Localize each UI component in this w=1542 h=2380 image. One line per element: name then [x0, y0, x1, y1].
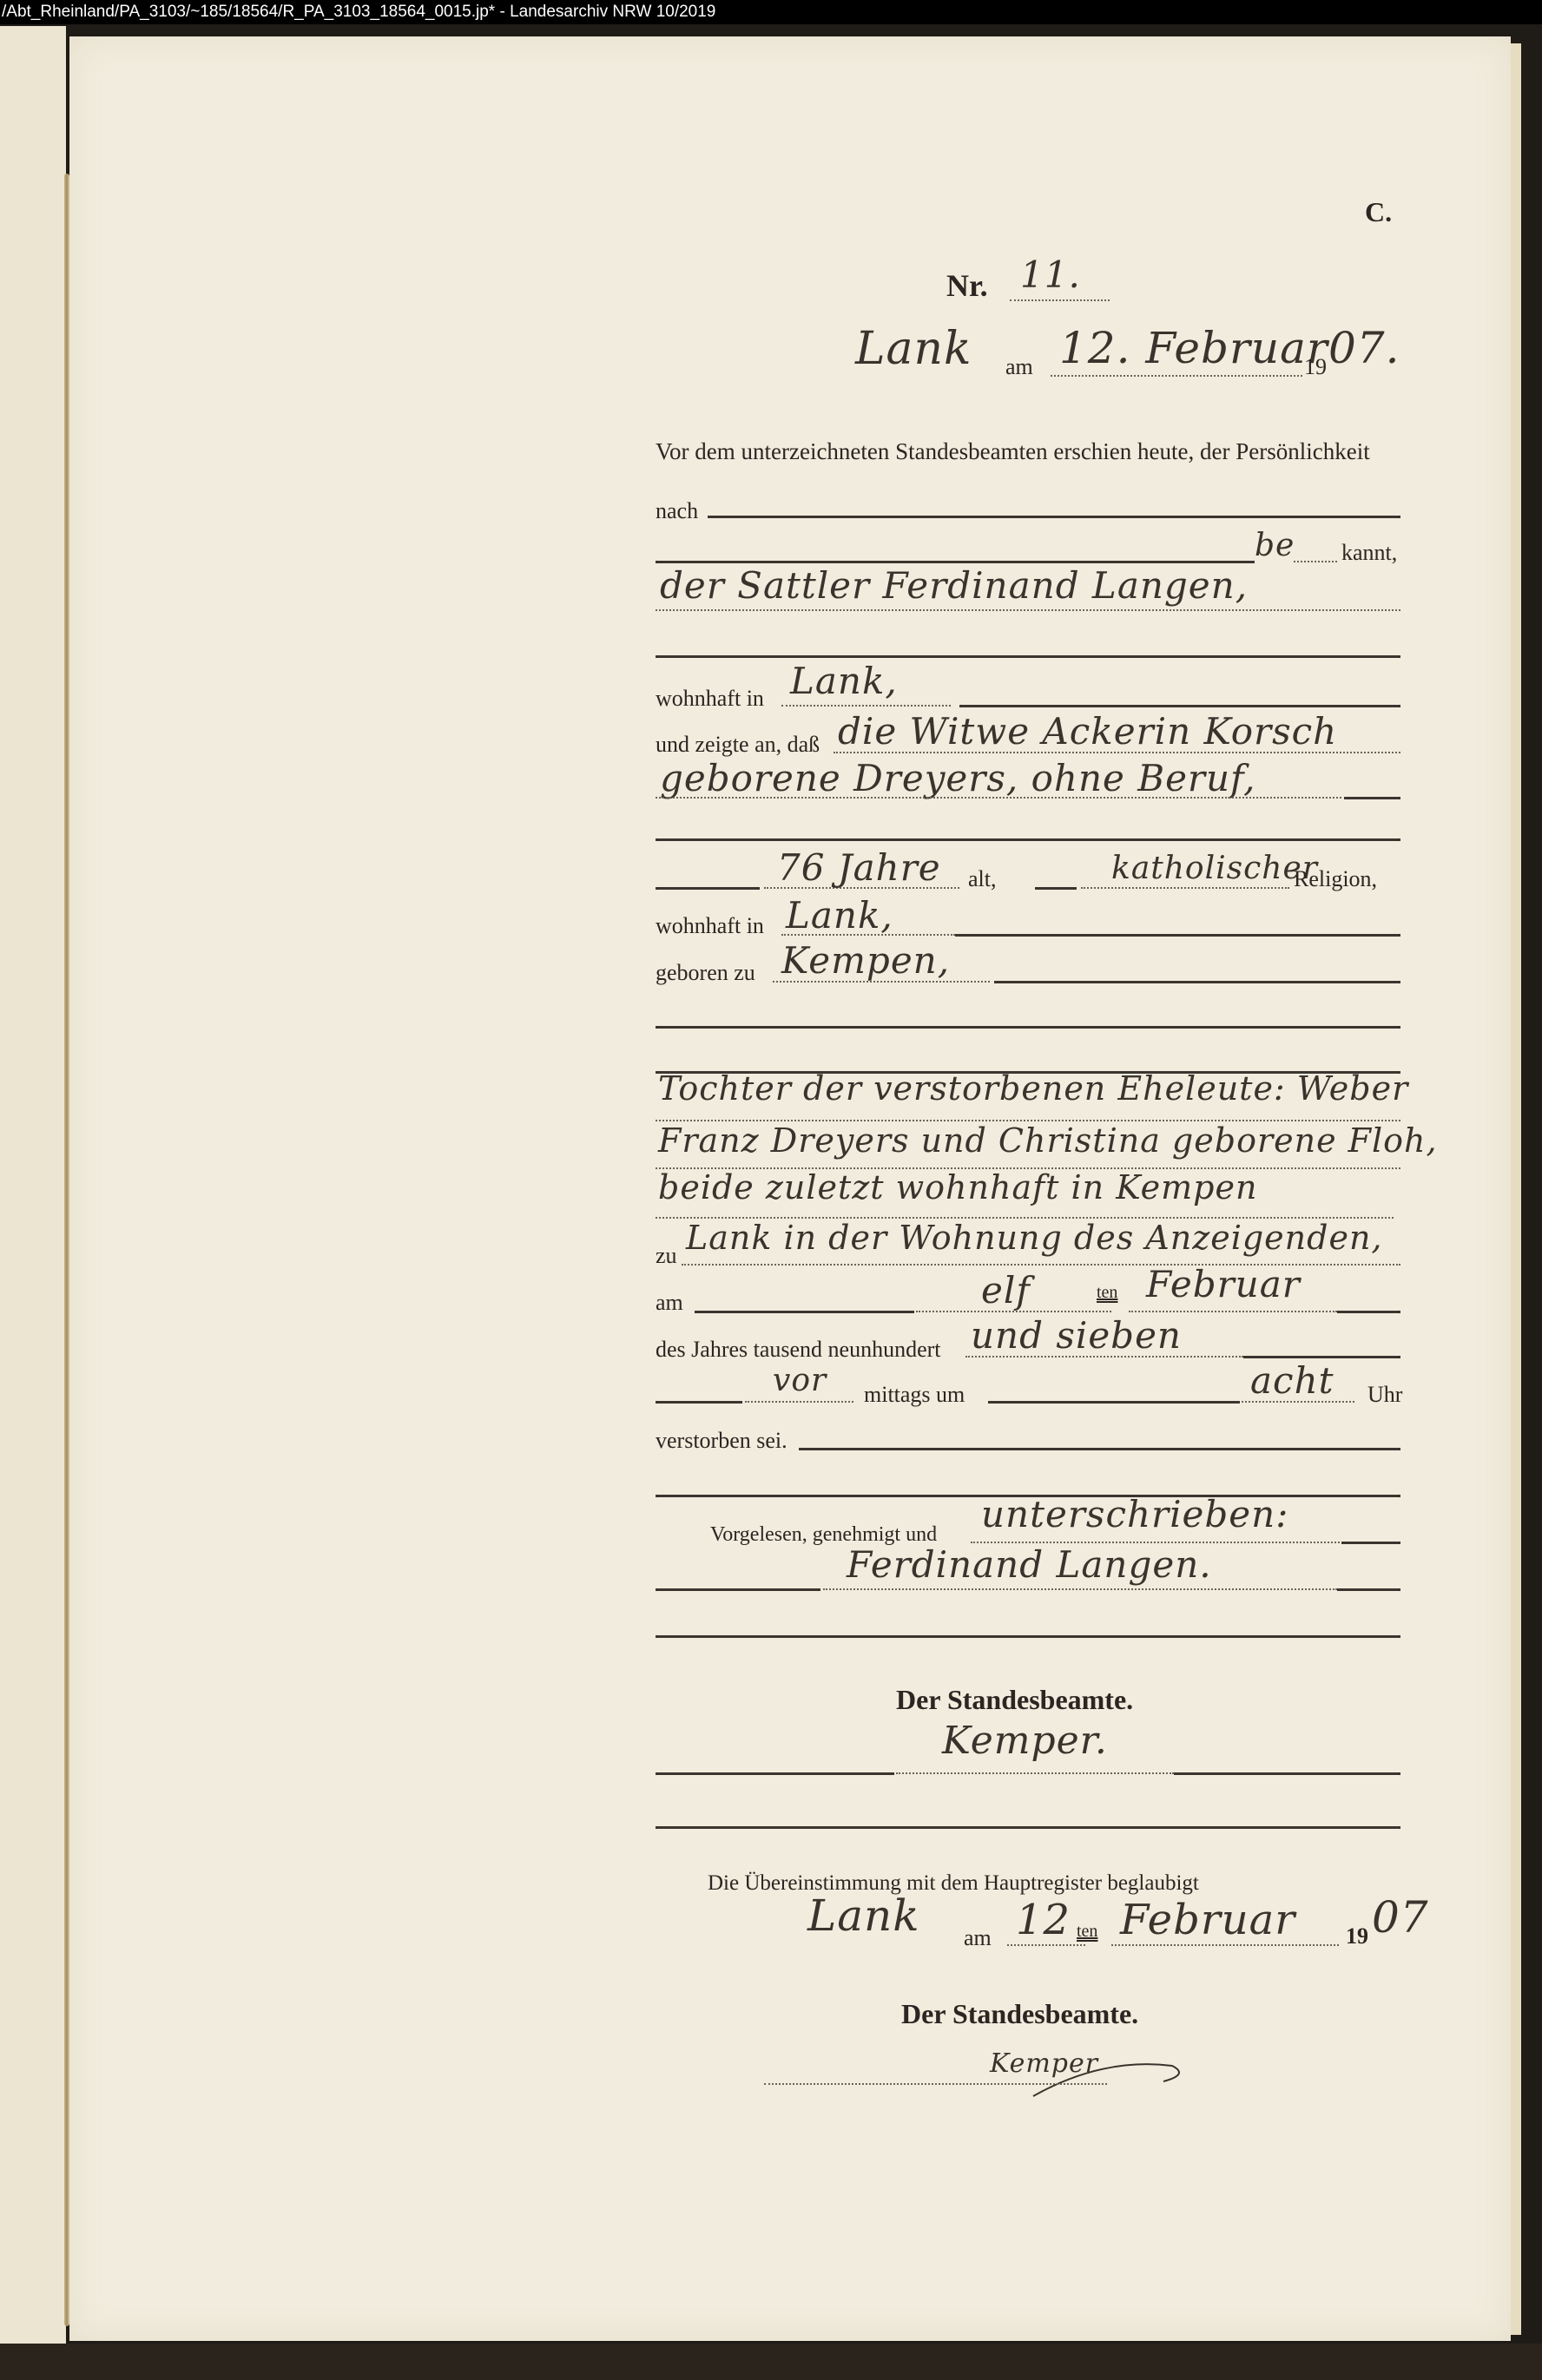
left-page-edge [0, 26, 66, 2352]
entry-date: 12. Februar [1059, 323, 1328, 373]
birthplace-line [994, 981, 1400, 983]
certification-official-title: Der Standesbeamte. [901, 1998, 1138, 2030]
entry-year: 07. [1328, 323, 1400, 373]
official-signature: Kemper. [942, 1719, 1108, 1763]
death-year-line-end [1243, 1356, 1400, 1358]
form-letter: C. [1365, 196, 1392, 228]
informant-residence-line [959, 705, 1400, 707]
deceased-age: 76 Jahre [777, 846, 941, 889]
right-page-edge [1511, 43, 1521, 2335]
number-label: Nr. [946, 267, 988, 304]
ten-label: ten [1097, 1283, 1117, 1303]
zeigte-label: und zeigte an, daß [656, 732, 820, 758]
unterschrieben-value: unterschrieben: [981, 1493, 1288, 1535]
death-place: Lank in der Wohnung des Anzeigenden, [686, 1219, 1383, 1257]
mittags-label: mittags um [864, 1382, 965, 1408]
year-prefix: 19 [1304, 354, 1327, 380]
religion-dotline [1081, 887, 1289, 889]
informant-wohnhaft-label: wohnhaft in [656, 686, 764, 712]
informant-signature-line-start [656, 1588, 820, 1591]
informant-name: der Sattler Ferdinand Langen, [660, 564, 1248, 607]
number-dotline [1010, 299, 1110, 301]
religion-value: katholischer [1111, 851, 1318, 886]
official-dotline [896, 1772, 1174, 1774]
informant-residence-dotline [781, 705, 951, 707]
certification-signature-dotline [764, 2083, 1107, 2085]
kannt-label: kannt, [1341, 540, 1397, 566]
date-dotline [1051, 375, 1302, 377]
certification-place: Lank [807, 1890, 920, 1941]
death-month-line-end [1337, 1311, 1400, 1313]
certification-month: Februar [1120, 1896, 1295, 1944]
informant-signature-dotline [823, 1588, 1337, 1590]
uhr-label: Uhr [1367, 1382, 1402, 1408]
death-hour: acht [1250, 1359, 1334, 1402]
nach-line [708, 516, 1400, 518]
informant-dotline [656, 609, 1400, 611]
alt-label: alt, [968, 866, 997, 892]
vor-value: vor [773, 1363, 827, 1398]
certification-day-dotline [1007, 1944, 1085, 1946]
deceased-name: die Witwe Ackerin Korsch [838, 710, 1337, 753]
religion-label: Religion, [1294, 866, 1377, 892]
age-line-start [656, 887, 760, 890]
entry-number: 11. [1020, 253, 1081, 296]
informant-residence: Lank, [790, 660, 898, 702]
window-title-bar: /Abt_Rheinland/PA_3103/~185/18564/R_PA_3… [0, 0, 1542, 24]
blank-line-2 [656, 838, 1400, 841]
informant-signature: Ferdinand Langen. [847, 1543, 1212, 1586]
death-month-dotline [1129, 1311, 1337, 1312]
official-title: Der Standesbeamte. [896, 1684, 1133, 1716]
certification-text: Die Übereinstimmung mit dem Hauptregiste… [708, 1871, 1199, 1896]
death-month: Februar [1146, 1263, 1301, 1305]
verstorben-label: verstorben sei. [656, 1428, 787, 1454]
informant-signature-line-end [1337, 1588, 1400, 1591]
blank-line-6 [656, 1826, 1400, 1829]
deceased-wohnhaft-label: wohnhaft in [656, 913, 764, 939]
kannt-prefix: be [1255, 528, 1295, 563]
vorgelesen-line-end [1341, 1542, 1400, 1544]
kannt-dotline [1294, 561, 1337, 562]
nach-label: nach [656, 498, 698, 524]
jahres-label: des Jahres tausend neunhundert [656, 1337, 941, 1363]
am-label: am [1005, 354, 1033, 380]
verstorben-line [799, 1448, 1400, 1450]
official-line-end [1174, 1772, 1400, 1775]
death-day-line-start [695, 1311, 914, 1313]
parents-line-2: Franz Dreyers und Christina geborene Flo… [658, 1121, 1438, 1160]
parents-line-1: Tochter der verstorbenen Eheleute: Weber [658, 1069, 1408, 1108]
geboren-label: geboren zu [656, 960, 755, 986]
official-line-start [656, 1772, 894, 1775]
death-day: elf [981, 1269, 1031, 1312]
blank-line-1 [656, 655, 1400, 658]
hour-line-start [988, 1401, 1240, 1404]
vor-dotline [745, 1401, 853, 1403]
certification-month-dotline [1111, 1944, 1339, 1946]
religion-line-start [1035, 887, 1077, 890]
deceased-residence: Lank, [786, 894, 893, 937]
deceased-dotline-2 [656, 797, 1341, 799]
certification-year: 07 [1372, 1892, 1429, 1943]
deceased-residence-line [955, 934, 1400, 937]
certification-ten-label: ten [1077, 1922, 1097, 1942]
birthplace: Kempen, [781, 939, 950, 982]
death-year: und sieben [971, 1314, 1182, 1357]
parents-line-3: beide zuletzt wohnhaft in Kempen [658, 1168, 1257, 1206]
deceased-line-end [1344, 797, 1400, 799]
zu-label: zu [656, 1243, 677, 1269]
certification-year-prefix: 19 [1346, 1923, 1368, 1949]
blank-line-5 [656, 1635, 1400, 1638]
window-title: /Abt_Rheinland/PA_3103/~185/18564/R_PA_3… [2, 3, 715, 21]
blank-line-3 [656, 1026, 1400, 1029]
bekannt-line [656, 561, 1255, 563]
am2-label: am [656, 1290, 683, 1316]
deceased-maiden-name: geborene Dreyers, ohne Beruf, [660, 757, 1255, 799]
entry-place: Lank [855, 323, 972, 375]
certification-day: 12 [1016, 1896, 1071, 1944]
signature-flourish [1025, 2048, 1198, 2101]
intro-text: Vor dem unterzeichneten Standesbeamten e… [656, 438, 1370, 465]
vor-line-start [656, 1401, 742, 1404]
book-cover-bottom [0, 2344, 1542, 2380]
certification-am-label: am [964, 1925, 992, 1951]
